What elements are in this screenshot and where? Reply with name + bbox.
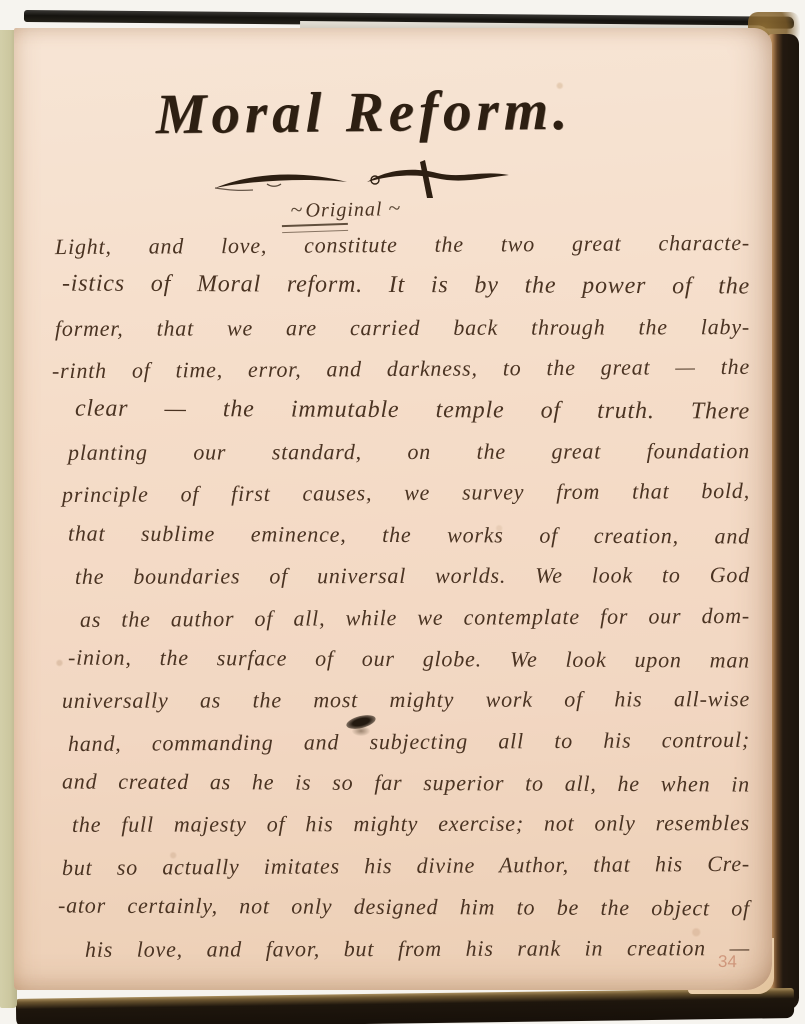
flourish-left-icon: ~ (290, 197, 299, 222)
manuscript-line: -inion, the surface of our globe. We loo… (44, 636, 750, 680)
manuscript-line: that sublime eminence, the works of crea… (44, 512, 750, 556)
manuscript-line: -rinth of time, error, and darkness, to … (44, 346, 750, 392)
ink-blot-smear (352, 726, 370, 736)
subtitle-original: ~ Original ~ (224, 194, 464, 224)
book-bottom-page-stack-edge (16, 988, 794, 1024)
manuscript-line: clear — the immutable temple of truth. T… (44, 388, 750, 432)
manuscript-line: but so actually imitates his divine Auth… (44, 843, 750, 889)
manuscript-line: -istics of Moral reform. It is by the po… (44, 264, 750, 308)
manuscript-line: planting our standard, on the great foun… (44, 430, 750, 473)
manuscript-body: Light, and love, constitute the two grea… (44, 224, 750, 969)
page-title: Moral Reform. (124, 77, 605, 147)
manuscript-line: -ator certainly, not only designed him t… (44, 885, 750, 929)
manuscript-line: and created as he is so far superior to … (44, 761, 750, 805)
manuscript-line: the boundaries of universal worlds. We l… (44, 554, 750, 597)
manuscript-line: as the author of all, while we contempla… (44, 594, 750, 640)
manuscript-line: principle of first causes, we survey fro… (44, 470, 750, 516)
manuscript-scan: Moral Reform. ~ Original ~ Light, and lo… (0, 0, 805, 1024)
manuscript-line: former, that we are carried back through… (44, 306, 750, 349)
manuscript-line: hand, commanding and subjecting all to h… (44, 719, 750, 765)
page-number: 34 (718, 952, 737, 972)
manuscript-page: Moral Reform. ~ Original ~ Light, and lo… (14, 28, 772, 990)
manuscript-line: Light, and love, constitute the two grea… (44, 222, 750, 268)
manuscript-line: universally as the most mighty work of h… (44, 678, 750, 721)
flourish-right-icon: ~ (388, 195, 397, 220)
manuscript-line: his love, and favor, but from his rank i… (44, 927, 750, 970)
manuscript-line: the full majesty of his mighty exercise;… (44, 803, 750, 846)
book-binding-right-edge (768, 34, 799, 1010)
subtitle-text: Original (305, 198, 382, 221)
